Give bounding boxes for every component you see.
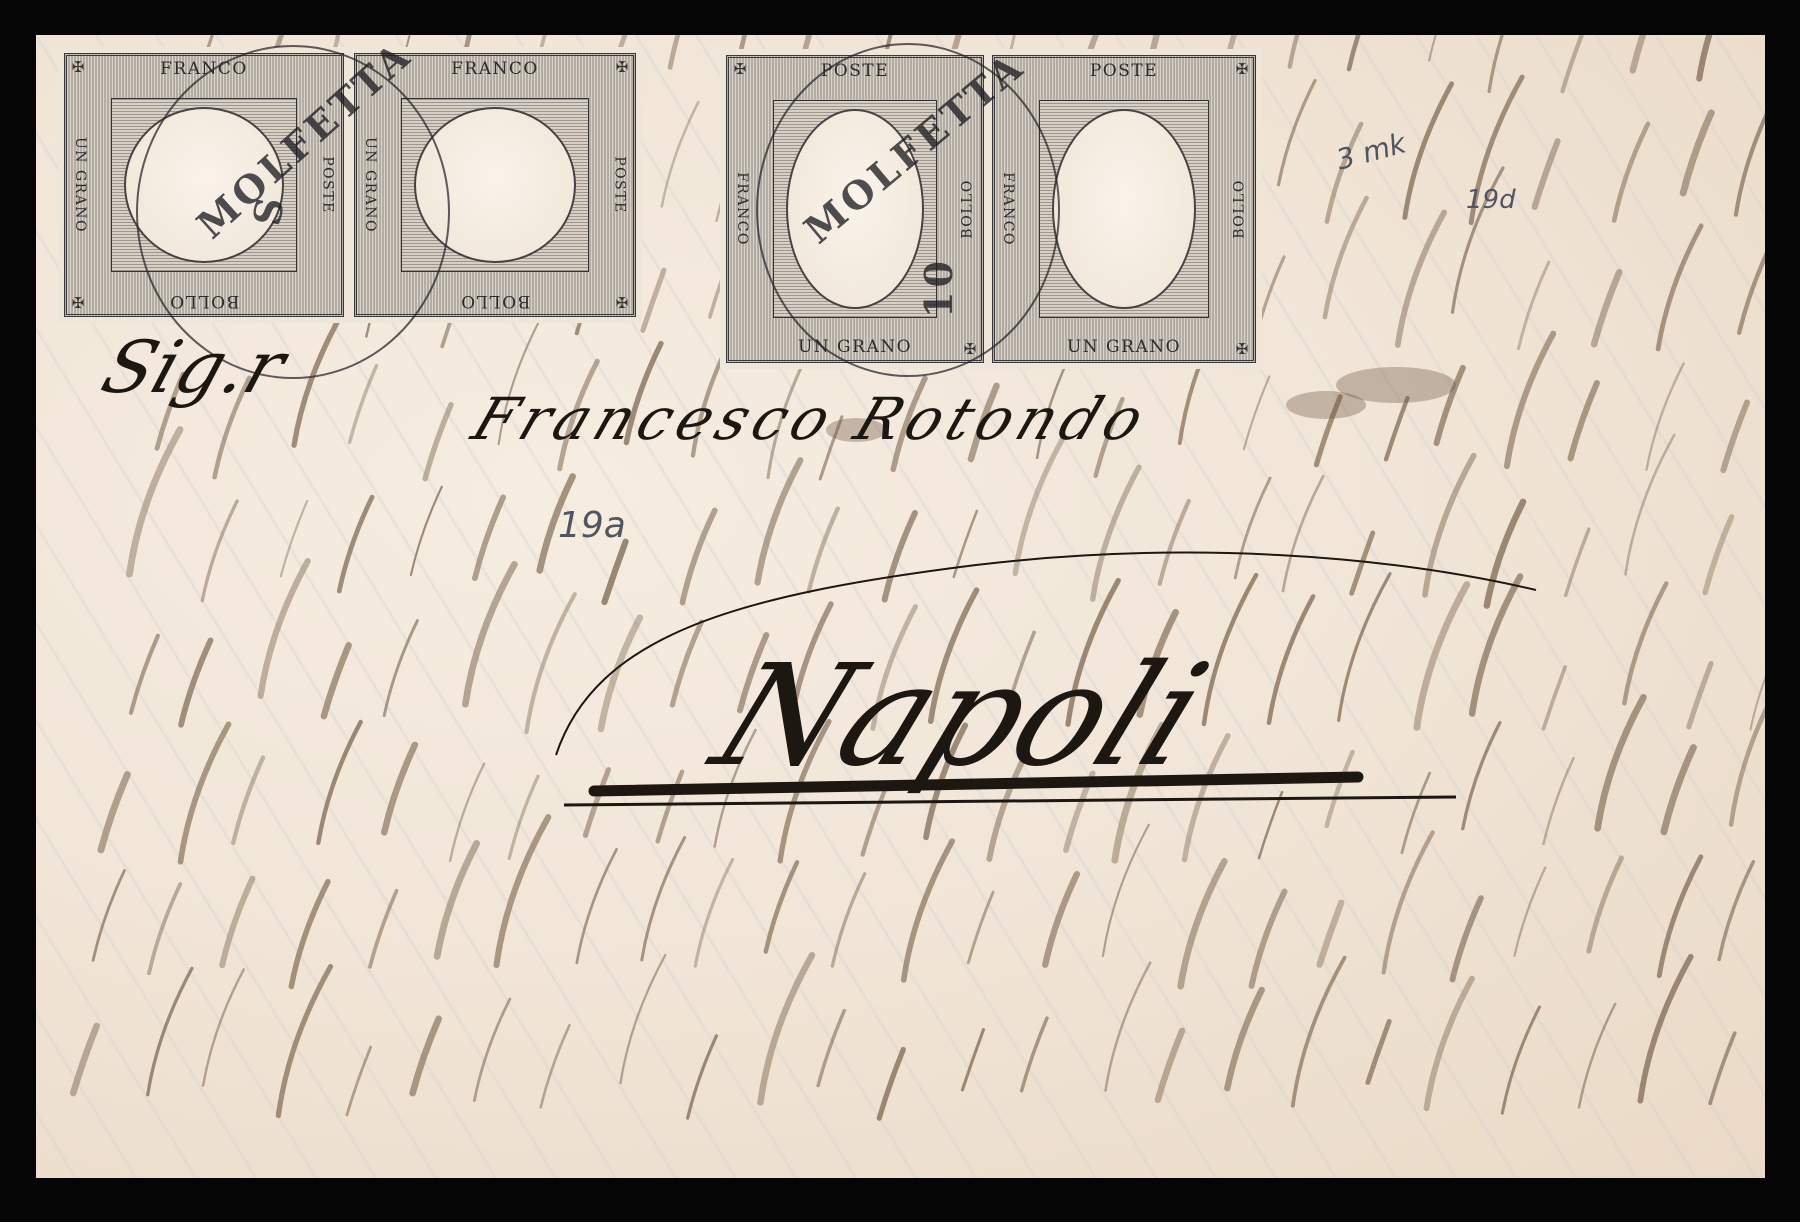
cross-icon: ✠: [70, 295, 86, 311]
cross-icon: ✠: [732, 61, 748, 77]
stamp-right-label: POSTE: [612, 156, 628, 214]
cross-icon: ✠: [70, 59, 86, 75]
stamp-right-label: BOLLO: [1232, 179, 1248, 239]
postmark-town: MOLFETTA: [188, 32, 421, 248]
pencil-note-19d: 19d: [1466, 185, 1516, 215]
postmark-date: 10: [916, 257, 961, 318]
cross-icon: ✠: [1234, 341, 1250, 357]
address-name: Francesco Rotondo: [464, 385, 1159, 453]
letter-sheet: FRANCO BOLLO UN GRANO POSTE ✠ ✠ FRANCO B…: [36, 35, 1765, 1178]
pencil-note-19a: 19a: [558, 505, 626, 546]
stamp-left-label: FRANCO: [734, 172, 750, 246]
stamp-bottom-label: UN GRANO: [986, 337, 1262, 357]
postmark-town: MOLFETTA: [795, 43, 1033, 253]
postmark-date: S: [244, 190, 294, 229]
cross-icon: ✠: [614, 59, 630, 75]
cross-icon: ✠: [614, 295, 630, 311]
address-salutation: Sig.r: [92, 325, 295, 409]
embossed-portrait: [1052, 109, 1196, 309]
postmark-2: MOLFETTA 10: [756, 43, 1060, 377]
stamp-left-label: UN GRANO: [72, 137, 88, 233]
address-city: Napoli: [693, 635, 1228, 798]
cross-icon: ✠: [1234, 61, 1250, 77]
